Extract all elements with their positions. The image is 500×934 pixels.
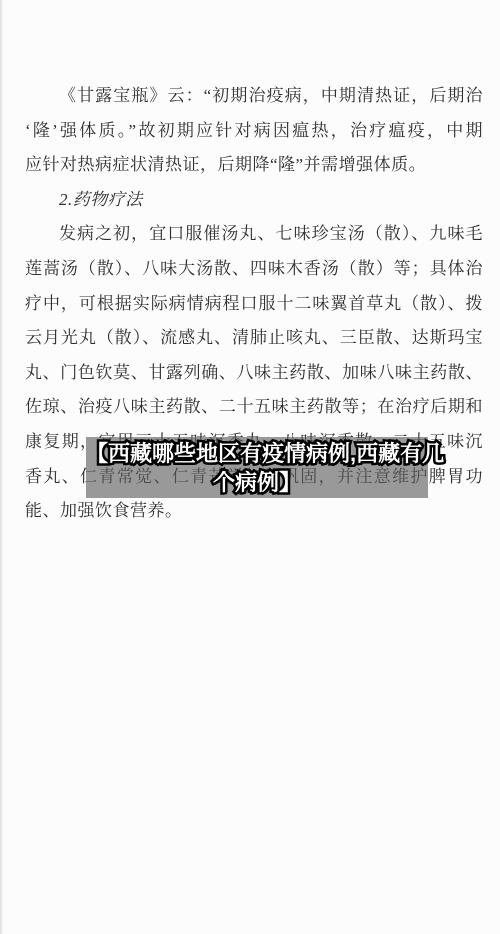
doc-line: 发病之初，宜口服催汤丸、七味珍宝汤（散）、九味毛 <box>25 217 483 252</box>
doc-line: 2.药物疗法 <box>25 183 483 218</box>
doc-line: 应针对热病症状清热证，后期降“隆”并需增强体质。 <box>25 148 483 183</box>
doc-line: 莲蒿汤（散）、八味大汤散、四味木香汤（散）等；具体治 <box>25 252 483 287</box>
doc-line: 佐琼、治疫八味主药散、二十五味主药散等；在治疗后期和 <box>25 390 483 425</box>
watermark-overlay: 【西藏哪些地区有疫情病例,西藏有几 个病例】 【西藏哪些地区有疫情病例,西藏有几… <box>86 437 428 498</box>
watermark-text: 【西藏哪些地区有疫情病例,西藏有几 个病例】 <box>86 439 428 497</box>
doc-line: 《甘露宝瓶》云：“初期治疫病，中期清热证，后期治 <box>25 79 483 114</box>
page-edge-shadow <box>0 0 3 934</box>
doc-line: 云月光丸（散）、流感丸、清肺止咳丸、三臣散、达斯玛宝 <box>25 321 483 356</box>
doc-line: 疗中，可根据实际病情病程口服十二味翼首草丸（散）、拨 <box>25 287 483 322</box>
watermark-line1: 【西藏哪些地区有疫情病例,西藏有几 <box>86 439 428 468</box>
doc-line: ‘隆’强体质。”故初期应针对病因瘟热，治疗瘟疫，中期 <box>25 114 483 149</box>
doc-line: 能、加强饮食营养。 <box>25 494 483 529</box>
document-page: 《甘露宝瓶》云：“初期治疫病，中期清热证，后期治 ‘隆’强体质。”故初期应针对病… <box>0 0 500 934</box>
watermark-line2: 个病例】 <box>86 468 428 497</box>
doc-line: 丸、门色钦莫、甘露列确、八味主药散、加味八味主药散、 <box>25 356 483 391</box>
